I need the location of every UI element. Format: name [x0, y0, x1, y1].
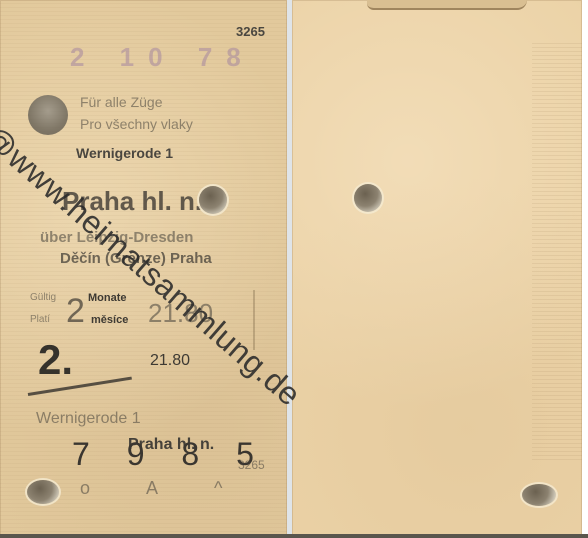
- punch-hole: [27, 480, 59, 504]
- punch-hole: [354, 184, 382, 212]
- serial-number-bottom: 3265: [238, 458, 265, 472]
- serial-number-top: 3265: [236, 24, 265, 39]
- bottom-from-station: Wernigerode 1: [36, 410, 141, 428]
- validity-line-de: Für alle Züge: [80, 94, 162, 110]
- price: 21.80: [150, 352, 190, 370]
- ribbed-texture: [532, 40, 582, 460]
- torn-edge: [367, 0, 527, 10]
- date-stamp: 2 10 78: [70, 42, 255, 73]
- bottom-marks: o A ^: [80, 478, 248, 499]
- class-number: 2.: [38, 336, 73, 384]
- validity-label-de: Gültig: [30, 292, 56, 303]
- punch-hole: [522, 484, 556, 506]
- railway-logo-icon: [28, 95, 68, 135]
- validity-label-cs: Platí: [30, 314, 50, 325]
- validity-unit-de: Monate: [88, 292, 127, 304]
- punch-hole: [199, 186, 227, 214]
- validity-line-cs: Pro všechny vlaky: [80, 116, 193, 132]
- validity-unit-cs: měsíce: [91, 314, 128, 326]
- from-station: Wernigerode 1: [76, 145, 173, 161]
- ticket-back: [292, 0, 582, 536]
- scan-edge: [0, 534, 588, 538]
- validity-months-number: 2: [66, 292, 85, 331]
